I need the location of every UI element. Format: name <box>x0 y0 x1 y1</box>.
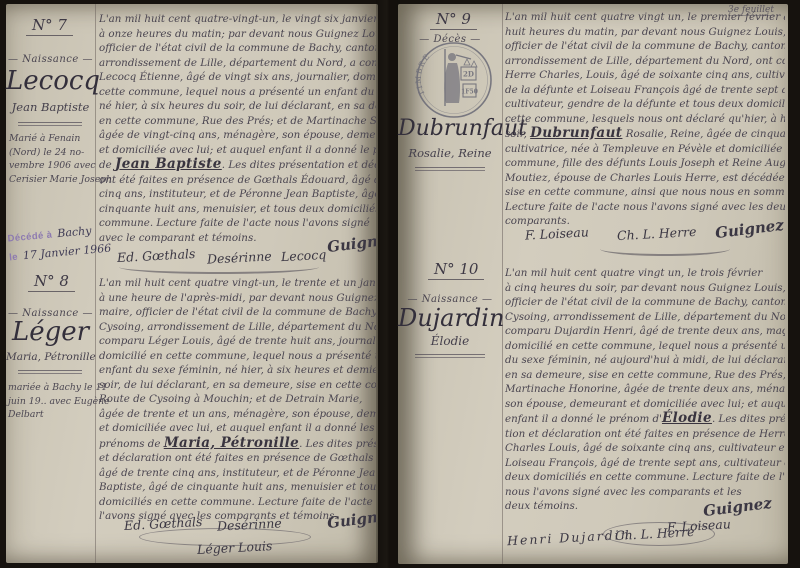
handwritten-line: mariée à Bachy le 11 <box>8 381 110 395</box>
left-margin-column: N° 7 — Naissance — Lecocq Jean Baptiste … <box>6 4 95 563</box>
handwritten-line: ont été faites en présence de Gœthals Éd… <box>99 173 376 188</box>
handwritten-line: domicilié en cette commune, lequel nous … <box>99 349 376 364</box>
handwritten-line: cultivateur, gendre de la défunte et tou… <box>505 97 785 112</box>
emphasized-name: Élodie <box>662 410 712 426</box>
margin-rule-line <box>502 4 503 564</box>
handwritten-line: domicilié en cette commune, lequel nous … <box>505 339 785 354</box>
handwritten-line: cultivatrice, née à Templeuve en Pévèle … <box>505 142 785 157</box>
handwritten-line: soir, de lui déclarant, en sa demeure, s… <box>99 378 376 393</box>
signature-flourish <box>603 522 715 546</box>
stamp-denomination-top: 2D <box>463 70 474 79</box>
signature-flourish <box>119 260 319 274</box>
given-names: Élodie <box>398 334 502 348</box>
handwritten-line: comparu Léger Louis, âgé de trente huit … <box>99 334 376 349</box>
handwritten-line: à une heure de l'après-midi, par devant … <box>99 291 376 306</box>
handwritten-line: son épouse, demeurant et domiciliée avec… <box>505 397 785 412</box>
handwritten-line: Delbart <box>8 408 110 422</box>
name-underline <box>18 370 82 374</box>
handwritten-line: cinquante huit ans, menuisier, et tous d… <box>99 202 376 217</box>
handwritten-line: Cysoing, arrondissement de Lille, départ… <box>99 320 376 335</box>
name-underline <box>18 122 82 126</box>
handwritten-line: Martinache Honorine, âgée de trente deux… <box>505 382 785 397</box>
handwritten-line: sise en cette commune, ainsi que nous no… <box>505 185 785 200</box>
handwritten-line: deux domiciliés en cette commune. Lectur… <box>505 470 785 485</box>
record-type-label: — Naissance — <box>6 54 95 65</box>
left-page-acts: L'an mil huit cent quatre-vingt-un, le v… <box>99 8 376 561</box>
surname-dubrunfaut: Dubrunfaut <box>398 116 502 141</box>
handwritten-line: commune. Lecture faite de l'acte nous l'… <box>99 216 376 231</box>
handwritten-line: huit heures du matin, par devant nous Gu… <box>505 25 785 40</box>
handwritten-line: Charles Louis, âgé de soixante cinq ans,… <box>505 441 785 456</box>
handwritten-line: domiciliés en cette commune. Lecture fai… <box>99 495 376 510</box>
surname-lecocq: Lecocq <box>6 66 95 96</box>
surname-leger: Léger <box>6 317 95 347</box>
handwritten-line: L'an mil huit cent quatre vingt-un, le t… <box>99 276 376 291</box>
handwritten-line: vembre 1906 avec <box>9 159 112 173</box>
entry-number-9: N° 9 <box>430 10 477 30</box>
signature-loiseau: F. Loiseau <box>525 224 590 242</box>
handwritten-line: en cette commune, Rue des Prés; et de Ma… <box>99 114 376 129</box>
right-page-acts: L'an mil huit cent quatre vingt un, le p… <box>505 4 785 564</box>
signature-leger-louis: Léger Louis <box>197 538 273 557</box>
left-page: N° 7 — Naissance — Lecocq Jean Baptiste … <box>6 4 378 563</box>
revenue-stamp-icon: 2D 1F50 TIMBRE <box>414 40 494 120</box>
death-stamp: Décédé à Bachy le 17 Janvier 1966 <box>7 218 112 265</box>
act-10-text: L'an mil huit cent quatre vingt un, le t… <box>505 266 785 514</box>
handwritten-line: juin 19.. avec Eugène <box>8 395 110 409</box>
handwritten-line: cinq ans, instituteur, et de Péronne Jea… <box>99 187 376 202</box>
handwritten-line: comparu Dujardin Henri, âgé de trente de… <box>505 324 785 339</box>
handwritten-line: officier de l'état civil de la commune d… <box>505 295 785 310</box>
handwritten-line: Marié à Fenain <box>9 132 112 146</box>
act-8-text: L'an mil huit cent quatre vingt-un, le t… <box>99 276 376 524</box>
given-names: Jean Baptiste <box>6 100 95 114</box>
handwritten-line: du sexe féminin, né aujourd'hui à midi, … <box>505 353 785 368</box>
handwritten-line: commune, fille des défunts Louis Joseph … <box>505 156 785 171</box>
given-names: Rosalie, Reine <box>398 146 502 160</box>
handwritten-line: Moutiez, épouse de Charles Louis Herre, … <box>505 171 785 186</box>
right-page: 3e feuillet N° 9 — Décès — 2D 1F50 <box>398 4 788 564</box>
handwritten-line: officier de l'état civil de la commune d… <box>99 41 376 56</box>
signature-flourish <box>600 242 730 256</box>
handwritten-line: et domiciliée avec lui; et auquel enfant… <box>99 143 376 158</box>
act-7-text: L'an mil huit cent quatre-vingt-un, le v… <box>99 12 376 245</box>
name-underline <box>415 167 485 171</box>
stamp-text: le <box>9 252 19 264</box>
act-9-text: L'an mil huit cent quatre vingt un, le p… <box>505 10 785 229</box>
surname-dujardin: Dujardin <box>398 304 502 332</box>
name-underline <box>415 354 485 358</box>
handwritten-line: Lecture faite de l'acte nous l'avons sig… <box>505 200 785 215</box>
handwritten-line: et déclaration ont été faites en présenc… <box>99 451 376 466</box>
handwritten-line: enfant il a donné le prénom d'Élodie. Le… <box>505 411 785 427</box>
handwritten-line: et domiciliée avec lui, et auquel enfant… <box>99 421 376 436</box>
handwritten-line: en sa demeure, sise en cette commune, Ru… <box>505 368 785 383</box>
handwritten-line: arrondissement de Lille, département du … <box>505 54 785 69</box>
handwritten-line: Lecocq Étienne, âgé de vingt six ans, jo… <box>99 70 376 85</box>
entry-number-7: N° 7 <box>26 16 73 36</box>
handwritten-line: arrondissement de Lille, département du … <box>99 56 376 71</box>
entry-number-10: N° 10 <box>428 260 484 280</box>
handwritten-line: né hier, à six heures du soir, de lui dé… <box>99 99 376 114</box>
marriage-note: mariée à Bachy le 11juin 19.. avec Eugèn… <box>8 381 110 422</box>
entry-number-8: N° 8 <box>28 272 75 292</box>
given-names: Maria, Pétronille <box>6 351 95 363</box>
handwritten-line: à onze heures du matin; par devant nous … <box>99 27 376 42</box>
handwritten-line: tion et déclaration ont été faites en pr… <box>505 427 785 442</box>
handwritten-line: Herre Charles, Louis, âgé de soixante ci… <box>505 68 785 83</box>
handwritten-line: à cinq heures du soir, par devant nous G… <box>505 281 785 296</box>
register-spread: N° 7 — Naissance — Lecocq Jean Baptiste … <box>0 0 800 568</box>
handwritten-line: Loiseau François, âgé de trente sept ans… <box>505 456 785 471</box>
handwritten-line: L'an mil huit cent quatre-vingt-un, le v… <box>99 12 376 27</box>
emphasized-name: Dubrunfaut <box>530 125 622 141</box>
marriage-note: Marié à Fenain(Nord) le 24 no-vembre 190… <box>9 132 112 186</box>
right-margin-column: N° 9 — Décès — 2D 1F50 TIMBRE D <box>398 4 502 564</box>
handwritten-line: cette commune, lequel nous a présenté un… <box>99 85 376 100</box>
handwritten-line: prénoms de Maria, Pétronille. Les dites … <box>99 436 376 452</box>
emphasized-name: Maria, Pétronille <box>164 435 299 451</box>
handwritten-line: enfant du sexe féminin, né hier, à six h… <box>99 363 376 378</box>
handwritten-line: cette commune, lesquels nous ont déclaré… <box>505 112 785 127</box>
handwritten-line: âgée de vingt-cinq ans, ménagère, son ép… <box>99 128 376 143</box>
handwritten-line: officier de l'état civil de la commune d… <box>505 39 785 54</box>
handwritten-line: maire, officier de l'état civil de la co… <box>99 305 376 320</box>
handwritten-line: L'an mil huit cent quatre vingt un, le t… <box>505 266 785 281</box>
signature-herre: Ch. L. Herre <box>617 224 697 243</box>
handwritten-line: de la défunte et Loiseau François âgé de… <box>505 83 785 98</box>
handwritten-line: Cerisier Marie Joseph <box>9 173 112 187</box>
emphasized-name: Jean Baptiste <box>115 156 222 172</box>
handwritten-line: âgée de trente et un ans, ménagère, son … <box>99 407 376 422</box>
handwritten-line: de Jean Baptiste. Les dites présentation… <box>99 157 376 173</box>
handwritten-line: Baptiste, âgé de cinquante huit ans, men… <box>99 480 376 495</box>
handwritten-line: âgé de trente cinq ans, instituteur, et … <box>99 466 376 481</box>
handwritten-line: soir, Dubrunfaut Rosalie, Reine, âgée de… <box>505 126 785 142</box>
book-gutter <box>376 0 400 568</box>
handwritten-line: Route de Cysoing à Mouchin; et de Detrai… <box>99 392 376 407</box>
handwritten-line: L'an mil huit cent quatre vingt un, le p… <box>505 10 785 25</box>
handwritten-line: (Nord) le 24 no- <box>9 146 112 160</box>
handwritten-line: Cysoing, arrondissement de Lille, départ… <box>505 310 785 325</box>
stamp-denomination-bottom: 1F50 <box>461 89 478 96</box>
